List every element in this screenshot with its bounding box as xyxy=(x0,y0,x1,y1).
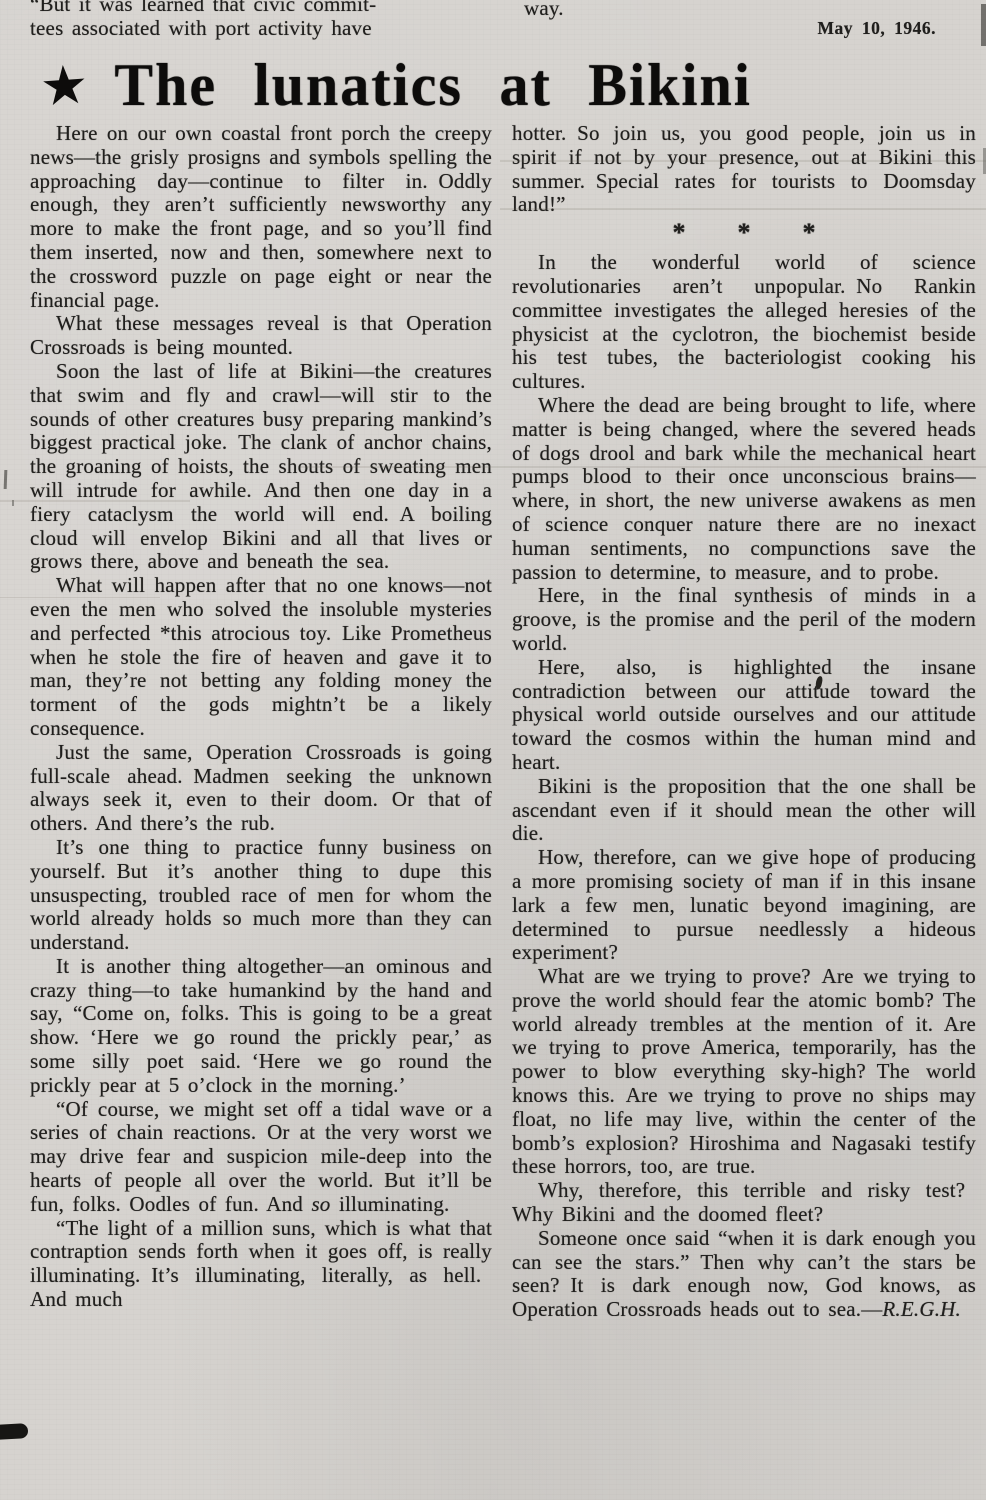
previous-article-fragment: “But it was learned that civic commit- t… xyxy=(30,0,492,41)
article-paragraph: What will happen after that no one knows… xyxy=(30,574,492,741)
paragraph-text: hotter. So join us, you good people, joi… xyxy=(512,122,976,216)
paragraph-text: What will happen after that no one knows… xyxy=(30,573,492,740)
article-paragraph: How, therefore, can we give hope of prod… xyxy=(512,846,976,965)
article-paragraph: What these messages reveal is that Opera… xyxy=(30,312,492,360)
article-paragraph: Someone once said “when it is dark enoug… xyxy=(512,1227,976,1322)
article-paragraph: Soon the last of life at Bikini—the crea… xyxy=(30,360,492,574)
paragraph-text: It is another thing altogether—an ominou… xyxy=(30,954,492,1097)
section-separator: *** xyxy=(512,218,976,250)
fragment-line-cropped: “But it was learned that civic commit- xyxy=(30,0,492,17)
paragraph-text: Where the dead are being brought to life… xyxy=(512,393,976,584)
paragraph-text: illuminating. xyxy=(331,1192,450,1216)
star-icon: ★ xyxy=(38,57,90,114)
article-paragraph: Why, therefore, this terrible and risky … xyxy=(512,1179,976,1227)
paragraph-text: What are we trying to prove? Are we tryi… xyxy=(512,964,976,1178)
article-paragraph: Bikini is the proposition that the one s… xyxy=(512,775,976,846)
article-body: Here on our own coastal front porch the … xyxy=(0,122,986,1494)
article-paragraph: It is another thing altogether—an ominou… xyxy=(30,955,492,1098)
paragraph-text: Soon the last of life at Bikini—the crea… xyxy=(30,359,492,573)
article-paragraph: It’s one thing to practice funny busines… xyxy=(30,836,492,955)
newspaper-page: “But it was learned that civic commit- t… xyxy=(0,0,986,1500)
paragraph-text: It’s one thing to practice funny busines… xyxy=(30,835,492,954)
article-headline: ★ The lunatics at Bikini xyxy=(34,46,964,122)
article-paragraph: Here, in the final synthesis of minds in… xyxy=(512,584,976,655)
fragment-line-2: tees associated with port activity have xyxy=(30,17,492,41)
paragraph-text: In the wonderful world of science revolu… xyxy=(512,250,976,393)
article-paragraph: “Of course, we might set off a tidal wav… xyxy=(30,1098,492,1217)
article-paragraph: “The light of a million suns, which is w… xyxy=(30,1217,492,1312)
paragraph-text: What these messages reveal is that Opera… xyxy=(30,311,492,359)
paragraph-text: How, therefore, can we give hope of prod… xyxy=(512,845,976,964)
right-column: hotter. So join us, you good people, joi… xyxy=(512,122,976,1322)
article-paragraph: Just the same, Operation Crossroads is g… xyxy=(30,741,492,836)
fragment-line-1: “But it was learned that civic commit- xyxy=(30,0,492,17)
paragraph-text: “The light of a million suns, which is w… xyxy=(30,1216,492,1311)
paragraph-text: Why, therefore, this terrible and risky … xyxy=(512,1178,976,1226)
paragraph-text: Here, also, is highlighted the insane co… xyxy=(512,655,976,774)
left-column: Here on our own coastal front porch the … xyxy=(30,122,492,1312)
paragraph-text: Here on our own coastal front porch the … xyxy=(30,122,492,312)
italic-text: R.E.G.H. xyxy=(882,1297,961,1321)
article-paragraph: In the wonderful world of science revolu… xyxy=(512,251,976,394)
article-paragraph: Here, also, is highlighted the insane co… xyxy=(512,656,976,775)
paragraph-text: Here, in the final synthesis of minds in… xyxy=(512,583,976,655)
paragraph-text: Bikini is the proposition that the one s… xyxy=(512,774,976,846)
issue-date: May 10, 1946. xyxy=(514,18,936,39)
article-paragraph: Here on our own coastal front porch the … xyxy=(30,122,492,312)
scan-edge-mark xyxy=(981,4,986,46)
paragraph-text: Just the same, Operation Crossroads is g… xyxy=(30,740,492,835)
italic-text: so xyxy=(311,1192,330,1216)
article-paragraph: Where the dead are being brought to life… xyxy=(512,394,976,584)
article-paragraph: hotter. So join us, you good people, joi… xyxy=(512,122,976,217)
article-paragraph: What are we trying to prove? Are we tryi… xyxy=(512,965,976,1179)
headline-text: The lunatics at Bikini xyxy=(114,49,751,119)
